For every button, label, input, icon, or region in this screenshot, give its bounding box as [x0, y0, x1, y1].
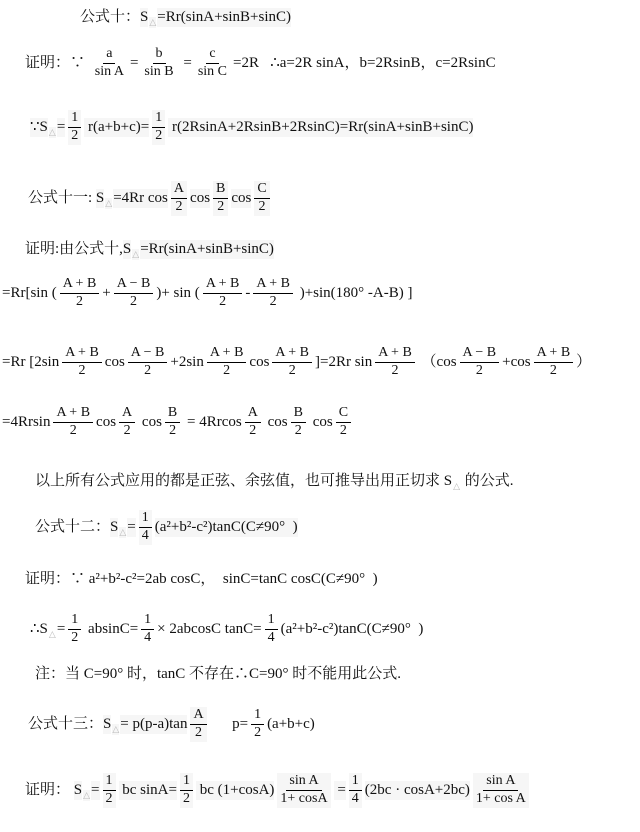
fraction-denominator: 1+ cos A	[473, 791, 529, 808]
fraction: A + B2	[203, 276, 243, 311]
triangle-subscript: △	[149, 17, 156, 28]
fraction-denominator: 4	[141, 630, 154, 647]
fraction-numerator: 1	[180, 773, 193, 791]
fraction-numerator: C	[336, 405, 351, 423]
text-run: =Rr(sinA+sinB+sinC)	[157, 8, 291, 27]
text-run: S	[123, 240, 131, 259]
fraction-numerator: sin A	[286, 773, 321, 791]
text-run: =	[127, 518, 135, 537]
fraction: A2	[245, 405, 261, 440]
text-run: r(2RsinA+2RsinB+2RsinC)=Rr(sinA+sinB+sin…	[168, 118, 473, 137]
fraction: A + B2	[207, 345, 247, 380]
text-run: 注：当 C=90° 时，tanC 不存在∴C=90° 时不能用此公式.	[35, 665, 401, 684]
fraction-denominator: 2	[473, 363, 486, 380]
text-run: -	[245, 284, 250, 303]
formula-11-proof-step-1: =Rr[sin (A + B2+A − B2)+ sin (A + B2-A +…	[2, 276, 413, 311]
fraction: A2	[119, 405, 135, 440]
fraction: 12	[103, 773, 116, 808]
fraction-denominator: 4	[265, 630, 278, 647]
fraction-denominator: 2	[166, 423, 179, 440]
text-run: =	[57, 620, 65, 639]
text-run: ]=2Rr sin	[315, 353, 372, 372]
text-run: S	[140, 8, 148, 27]
fraction: 14	[349, 773, 362, 808]
fraction-numerator: b	[153, 46, 166, 64]
fraction: A − B2	[114, 276, 154, 311]
fraction: B2	[291, 405, 306, 440]
fraction-numerator: 1	[251, 707, 264, 725]
text-run: (a²+b²-c²)tanC(C≠90° )	[281, 620, 424, 639]
text-run: × 2abcosC tanC=	[157, 620, 261, 639]
text-run: ∴S	[30, 620, 48, 639]
formula-12-proof-step-2: ∴S△=12 absinC=14× 2abcosC tanC=14(a²+b²-…	[30, 612, 423, 647]
formula-13-statement: 公式十三：S△= p(p-a)tanA2 p=12(a+b+c)	[28, 707, 315, 742]
fraction-denominator: 2	[286, 363, 299, 380]
text-run: )+ sin (	[156, 284, 199, 303]
formula-11-proof-intro: 证明:由公式十,S△=Rr(sinA+sinB+sinC)	[25, 240, 274, 259]
text-run: =	[180, 54, 192, 73]
fraction-denominator: 2	[76, 363, 89, 380]
text-run: p=	[210, 715, 248, 734]
fraction: A + B2	[53, 405, 93, 440]
text-run: ）	[576, 353, 591, 372]
text-run: cos	[249, 353, 269, 372]
text-run: 证明：∵ a²+b²-c²=2ab cosC， sinC=tanC cosC(C…	[25, 570, 378, 589]
text-run: =Rr(sinA+sinB+sinC)	[140, 240, 274, 259]
text-run: =2R ∴a=2R sinA，b=2RsinB，c=2RsinC	[233, 54, 496, 73]
fraction-denominator: 2	[267, 294, 280, 311]
fraction-numerator: B	[165, 405, 180, 423]
text-run: S	[96, 189, 104, 208]
text-run: =	[57, 118, 65, 137]
fraction-denominator: 2	[68, 128, 81, 145]
triangle-subscript: △	[453, 481, 460, 492]
fraction-denominator: 2	[68, 630, 81, 647]
text-run: cos	[231, 189, 251, 208]
formula-13-proof-step-1: 证明： S△=12 bc sinA=12 bc (1+cosA)sin A1+ …	[25, 773, 532, 808]
text-run: S	[103, 715, 111, 734]
fraction: A + B2	[534, 345, 574, 380]
fraction-numerator: 1	[68, 612, 81, 630]
fraction: B2	[165, 405, 180, 440]
text-run: absinC=	[84, 620, 138, 639]
text-run: cos	[190, 189, 210, 208]
fraction-numerator: 1	[152, 110, 165, 128]
fraction: 12	[68, 110, 81, 145]
text-run: cos	[105, 353, 125, 372]
text-run: (a+b+c)	[267, 715, 315, 734]
text-run: = p(p-a)tan	[120, 715, 187, 734]
text-run: cos	[96, 413, 116, 432]
fraction-numerator: A	[119, 405, 135, 423]
text-run: =4Rrsin	[2, 413, 50, 432]
text-run: )+sin(180° -A-B) ]	[296, 284, 413, 303]
text-run: =4Rr cos	[113, 189, 168, 208]
fraction-numerator: A + B	[272, 345, 312, 363]
text-run: +2sin	[170, 353, 203, 372]
triangle-subscript: △	[112, 724, 119, 735]
text-run: 证明：∵	[25, 54, 89, 73]
text-run: 公式十三：	[28, 715, 103, 734]
fraction-numerator: 1	[141, 612, 154, 630]
fraction-denominator: 2	[389, 363, 402, 380]
fraction-denominator: 2	[141, 363, 154, 380]
fraction-denominator: 2	[292, 423, 305, 440]
text-run: (a²+b²-c²)tanC(C≠90° )	[155, 518, 298, 537]
fraction: 12	[68, 612, 81, 647]
fraction-numerator: A + B	[60, 276, 100, 294]
text-run: cos	[138, 413, 162, 432]
text-run: 公式十二：	[35, 518, 110, 537]
fraction-numerator: A + B	[53, 405, 93, 423]
fraction: A − B2	[460, 345, 500, 380]
fraction-numerator: A − B	[114, 276, 154, 294]
text-run: =Rr[sin (	[2, 284, 57, 303]
fraction-numerator: A − B	[128, 345, 168, 363]
fraction-denominator: 2	[256, 199, 269, 216]
text-run: S	[110, 518, 118, 537]
fraction-numerator: sin A	[483, 773, 518, 791]
fraction-numerator: 1	[68, 110, 81, 128]
fraction: A + B2	[375, 345, 415, 380]
text-run: =Rr [2sin	[2, 353, 59, 372]
fraction-numerator: A + B	[534, 345, 574, 363]
fraction: 12	[180, 773, 193, 808]
fraction-denominator: 4	[139, 528, 152, 545]
fraction-denominator: 2	[220, 363, 233, 380]
formula-10-proof-step-2: ∵S△=12 r(a+b+c)=12 r(2RsinA+2RsinB+2Rsin…	[30, 110, 473, 145]
triangle-subscript: △	[49, 629, 56, 640]
formula-12-proof-step-1: 证明：∵ a²+b²-c²=2ab cosC， sinC=tanC cosC(C…	[25, 570, 378, 589]
fraction-numerator: a	[103, 46, 115, 64]
text-run: +	[102, 284, 110, 303]
fraction-denominator: 2	[180, 791, 193, 808]
fraction-numerator: A + B	[203, 276, 243, 294]
fraction-numerator: B	[213, 181, 228, 199]
text-run: 证明：	[25, 781, 74, 800]
fraction: A + B2	[60, 276, 100, 311]
fraction-numerator: c	[206, 46, 218, 64]
text-run: 以上所有公式应用的都是正弦、余弦值，也可推导出用正切求 S	[35, 472, 452, 491]
fraction-numerator: A − B	[460, 345, 500, 363]
fraction-numerator: 1	[139, 510, 152, 528]
triangle-subscript: △	[132, 249, 139, 260]
fraction-denominator: 2	[216, 294, 229, 311]
fraction: A + B2	[253, 276, 293, 311]
fraction-denominator: 2	[121, 423, 134, 440]
fraction: bsin B	[141, 46, 176, 81]
text-run: ∵S	[30, 118, 48, 137]
formula-11-proof-step-3: =4RrsinA + B2cosA2 cosB2 = 4RrcosA2 cosB…	[2, 405, 354, 440]
fraction-numerator: 1	[103, 773, 116, 791]
text-run: r(a+b+c)=	[84, 118, 149, 137]
fraction-numerator: 1	[349, 773, 362, 791]
formula-11-statement: 公式十一: S△=4Rr cosA2cosB2cosC2	[28, 181, 273, 216]
fraction: A2	[190, 707, 206, 742]
text-run: bc sinA=	[119, 781, 177, 800]
fraction: C2	[254, 181, 269, 216]
triangle-subscript: △	[83, 790, 90, 801]
fraction-numerator: A + B	[375, 345, 415, 363]
formula-11-proof-step-2: =Rr [2sinA + B2cosA − B2+2sinA + B2cosA …	[2, 345, 591, 380]
text-run: （cos	[418, 353, 457, 372]
formula-12-note: 注：当 C=90° 时，tanC 不存在∴C=90° 时不能用此公式.	[35, 665, 401, 684]
fraction: C2	[336, 405, 351, 440]
text-run: S	[74, 781, 82, 800]
triangle-subscript: △	[119, 527, 126, 538]
fraction: 12	[251, 707, 264, 742]
fraction-denominator: sin B	[141, 64, 176, 81]
fraction: A + B2	[62, 345, 102, 380]
fraction-denominator: 2	[127, 294, 140, 311]
text-run: =	[334, 781, 346, 800]
fraction-denominator: sin A	[92, 64, 127, 81]
fraction-numerator: B	[291, 405, 306, 423]
text-run: = 4Rrcos	[183, 413, 241, 432]
text-run: cos	[264, 413, 288, 432]
text-run: 公式十一:	[28, 189, 96, 208]
fraction: csin C	[195, 46, 230, 81]
text-run: 公式十：	[80, 8, 140, 27]
text-run: 证明:由公式十,	[25, 240, 123, 259]
fraction: 12	[152, 110, 165, 145]
fraction-denominator: 2	[73, 294, 86, 311]
fraction: 14	[139, 510, 152, 545]
fraction-numerator: A	[190, 707, 206, 725]
formula-10-statement: 公式十：S△=Rr(sinA+sinB+sinC)	[80, 8, 291, 27]
fraction-denominator: 2	[214, 199, 227, 216]
fraction-denominator: sin C	[195, 64, 230, 81]
fraction-denominator: 4	[349, 791, 362, 808]
fraction: A − B2	[128, 345, 168, 380]
text-run: 的公式.	[461, 472, 514, 491]
fraction-denominator: 2	[246, 423, 259, 440]
text-run: cos	[309, 413, 333, 432]
text-run: =	[130, 54, 138, 73]
text-run: bc (1+cosA)	[196, 781, 274, 800]
fraction-denominator: 2	[172, 199, 185, 216]
fraction: sin A1+ cos A	[473, 773, 529, 808]
triangle-subscript: △	[49, 127, 56, 138]
fraction-denominator: 2	[547, 363, 560, 380]
text-run: (2bc · cosA+2bc)	[365, 781, 470, 800]
fraction-numerator: A	[171, 181, 187, 199]
fraction-numerator: C	[254, 181, 269, 199]
fraction-numerator: A + B	[62, 345, 102, 363]
fraction-denominator: 2	[251, 725, 264, 742]
fraction-denominator: 2	[103, 791, 116, 808]
fraction: 14	[141, 612, 154, 647]
fraction: B2	[213, 181, 228, 216]
fraction-denominator: 2	[192, 725, 205, 742]
fraction: A2	[171, 181, 187, 216]
text-run: +cos	[502, 353, 530, 372]
formula-12-statement: 公式十二：S△=14(a²+b²-c²)tanC(C≠90° )	[35, 510, 298, 545]
fraction-denominator: 2	[337, 423, 350, 440]
fraction-denominator: 2	[67, 423, 80, 440]
note-tangent-paragraph: 以上所有公式应用的都是正弦、余弦值，也可推导出用正切求 S△ 的公式.	[35, 472, 514, 491]
fraction-numerator: A	[245, 405, 261, 423]
fraction: sin A1+ cosA	[277, 773, 330, 808]
fraction: 14	[265, 612, 278, 647]
math-document-page: 公式十：S△=Rr(sinA+sinB+sinC)证明：∵ asin A=bsi…	[0, 0, 640, 832]
text-run: =	[91, 781, 99, 800]
formula-10-proof-step-1: 证明：∵ asin A=bsin B =csin C=2R ∴a=2R sinA…	[25, 46, 496, 81]
fraction-numerator: A + B	[207, 345, 247, 363]
triangle-subscript: △	[105, 198, 112, 209]
fraction-numerator: 1	[265, 612, 278, 630]
fraction: asin A	[92, 46, 127, 81]
fraction: A + B2	[272, 345, 312, 380]
fraction-numerator: A + B	[253, 276, 293, 294]
fraction-denominator: 2	[152, 128, 165, 145]
fraction-denominator: 1+ cosA	[277, 791, 330, 808]
